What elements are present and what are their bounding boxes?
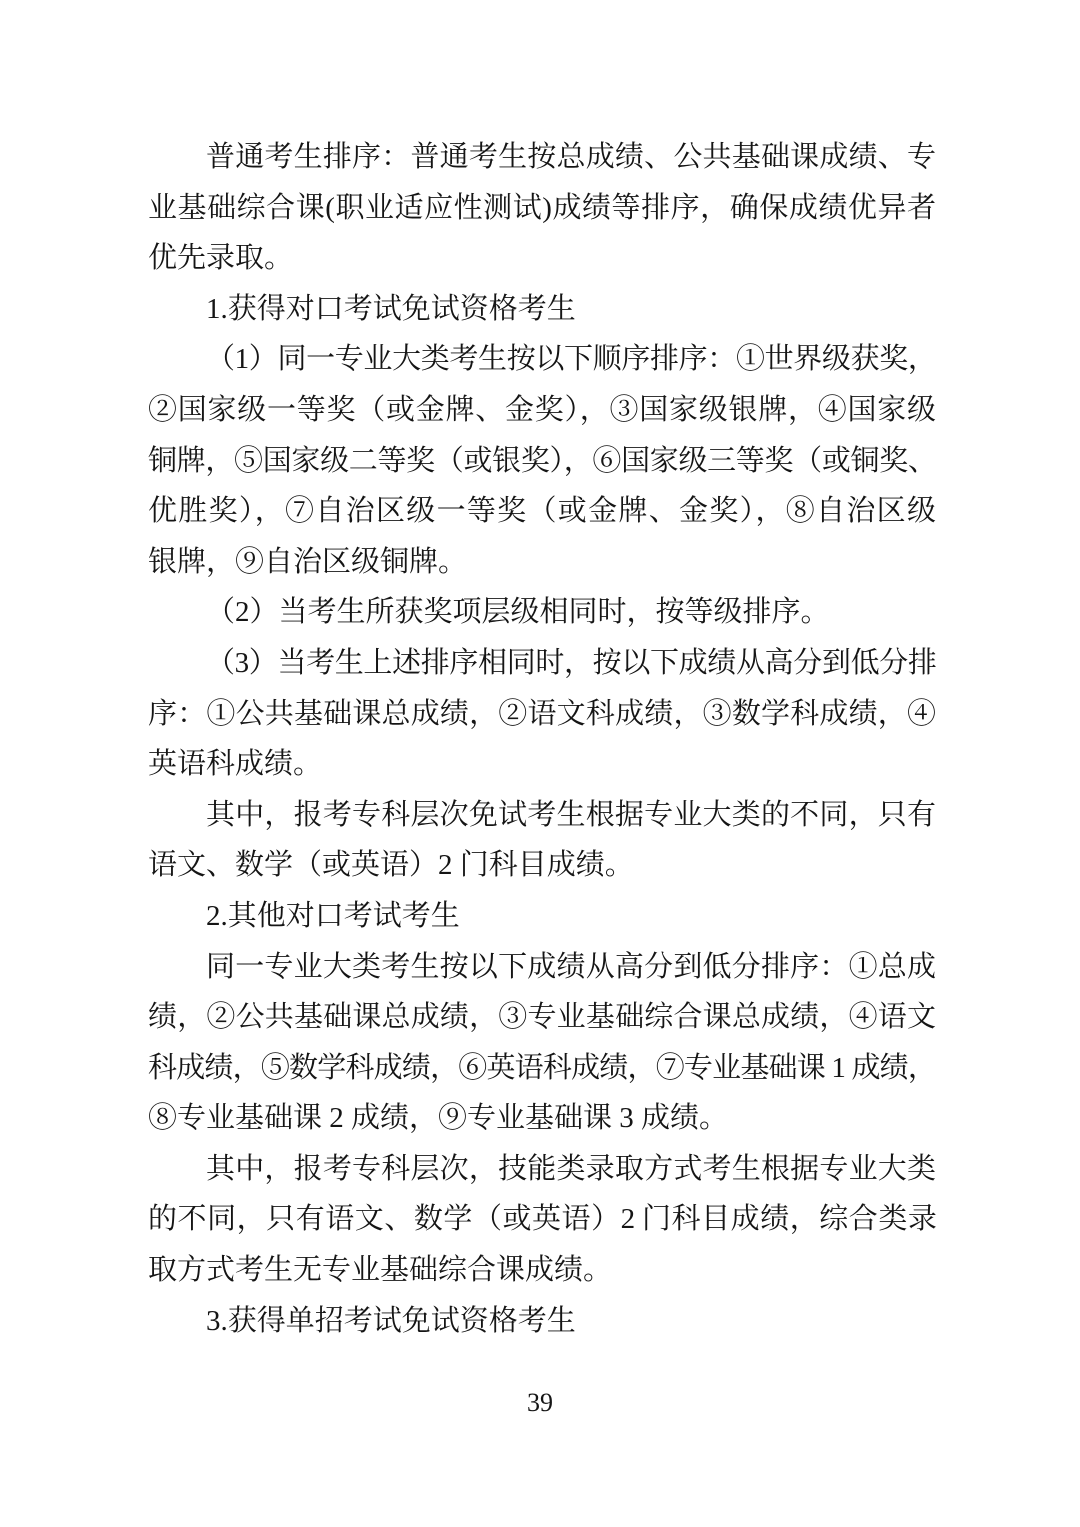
text-line: 的不同，只有语文、数学（或英语）2 门科目成绩，综合类录	[148, 1194, 936, 1245]
text-line: ⑧专业基础课 2 成绩，⑨专业基础课 3 成绩。	[148, 1093, 936, 1144]
text-line: 语文、数学（或英语）2 门科目成绩。	[148, 840, 936, 891]
text-line: 1.获得对口考试免试资格考生	[148, 284, 936, 335]
document-page: 普通考生排序：普通考生按总成绩、公共基础课成绩、专 业基础综合课(职业适应性测试…	[0, 0, 1080, 1527]
text-line: 序：①公共基础课总成绩，②语文科成绩，③数学科成绩，④	[148, 689, 936, 740]
text-line: （3）当考生上述排序相同时，按以下成绩从高分到低分排	[148, 638, 936, 689]
document-body: 普通考生排序：普通考生按总成绩、公共基础课成绩、专 业基础综合课(职业适应性测试…	[148, 132, 936, 1346]
text-line: 普通考生排序：普通考生按总成绩、公共基础课成绩、专	[148, 132, 936, 183]
text-line: 业基础综合课(职业适应性测试)成绩等排序，确保成绩优异者	[148, 183, 936, 234]
text-line: 2.其他对口考试考生	[148, 891, 936, 942]
text-line: 其中，报考专科层次，技能类录取方式考生根据专业大类	[148, 1144, 936, 1195]
text-line: 其中，报考专科层次免试考生根据专业大类的不同，只有	[148, 790, 936, 841]
text-line: （1）同一专业大类考生按以下顺序排序：①世界级获奖，	[148, 334, 936, 385]
text-line: 英语科成绩。	[148, 739, 936, 790]
text-line: 优胜奖），⑦自治区级一等奖（或金牌、金奖），⑧自治区级	[148, 486, 936, 537]
text-line: 同一专业大类考生按以下成绩从高分到低分排序：①总成	[148, 942, 936, 993]
text-line: 取方式考生无专业基础综合课成绩。	[148, 1245, 936, 1296]
text-line: 科成绩，⑤数学科成绩，⑥英语科成绩，⑦专业基础课 1 成绩，	[148, 1043, 936, 1094]
text-line: 3.获得单招考试免试资格考生	[148, 1296, 936, 1347]
text-line: 银牌，⑨自治区级铜牌。	[148, 537, 936, 588]
text-line: 铜牌，⑤国家级二等奖（或银奖），⑥国家级三等奖（或铜奖、	[148, 436, 936, 487]
text-line: （2）当考生所获奖项层级相同时，按等级排序。	[148, 587, 936, 638]
page-number: 39	[0, 1388, 1080, 1418]
text-line: ②国家级一等奖（或金牌、金奖），③国家级银牌，④国家级	[148, 385, 936, 436]
text-line: 绩，②公共基础课总成绩，③专业基础综合课总成绩，④语文	[148, 992, 936, 1043]
text-line: 优先录取。	[148, 233, 936, 284]
